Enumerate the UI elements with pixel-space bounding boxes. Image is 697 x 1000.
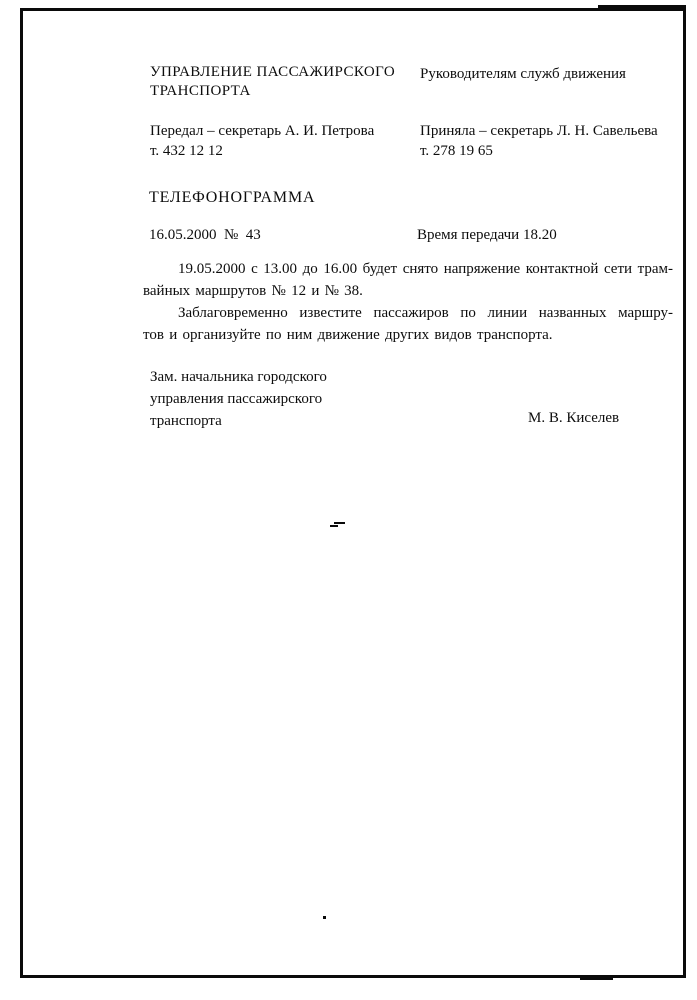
body-para2-line1: Заблаговременно известите пассажиров по … [143, 302, 673, 324]
transmitted-by-phone: т. 432 12 12 [150, 141, 415, 161]
scan-artifact-top-border-step [598, 5, 686, 9]
body-para1-line2: вайных маршрутов № 12 и № 38. [143, 280, 673, 302]
date-and-number: 16.05.2000 № 43 [149, 227, 261, 244]
document-type-label: ТЕЛЕФОНОГРАММА [149, 189, 315, 207]
signer-title-line2: управления пассажирского [150, 388, 430, 410]
organization-name-line2: ТРАНСПОРТА [150, 82, 418, 101]
signer-title: Зам. начальника городского управления па… [150, 366, 430, 432]
received-by-phone: т. 278 19 65 [420, 141, 675, 161]
message-body: 19.05.2000 с 13.00 до 16.00 будет снято … [143, 258, 673, 346]
signer-title-line3: транспорта [150, 410, 430, 432]
body-para1-line1: 19.05.2000 с 13.00 до 16.00 будет снято … [143, 258, 673, 280]
scan-artifact-bottom-border-blob [580, 975, 613, 980]
transmitted-by-name: Передал – секретарь А. И. Петрова [150, 121, 415, 141]
scan-artifact-dot [323, 916, 326, 919]
organization-name: УПРАВЛЕНИЕ ПАССАЖИРСКОГО ТРАНСПОРТА [150, 63, 418, 101]
body-para2-line2: тов и организуйте по ним движение других… [143, 324, 673, 346]
organization-name-line1: УПРАВЛЕНИЕ ПАССАЖИРСКОГО [150, 63, 418, 82]
signer-title-line1: Зам. начальника городского [150, 366, 430, 388]
addressee: Руководителям служб движения [420, 65, 665, 84]
scanned-document-page: УПРАВЛЕНИЕ ПАССАЖИРСКОГО ТРАНСПОРТА Руко… [0, 0, 697, 1000]
received-by-name: Приняла – секретарь Л. Н. Савельева [420, 121, 675, 141]
transmitted-by-block: Передал – секретарь А. И. Петрова т. 432… [150, 121, 415, 161]
signer-name: М. В. Киселев [528, 410, 619, 427]
scan-artifact-dash [334, 522, 345, 524]
scan-artifact-dash-small [330, 525, 338, 527]
transfer-time: Время передачи 18.20 [417, 227, 557, 244]
received-by-block: Приняла – секретарь Л. Н. Савельева т. 2… [420, 121, 675, 161]
